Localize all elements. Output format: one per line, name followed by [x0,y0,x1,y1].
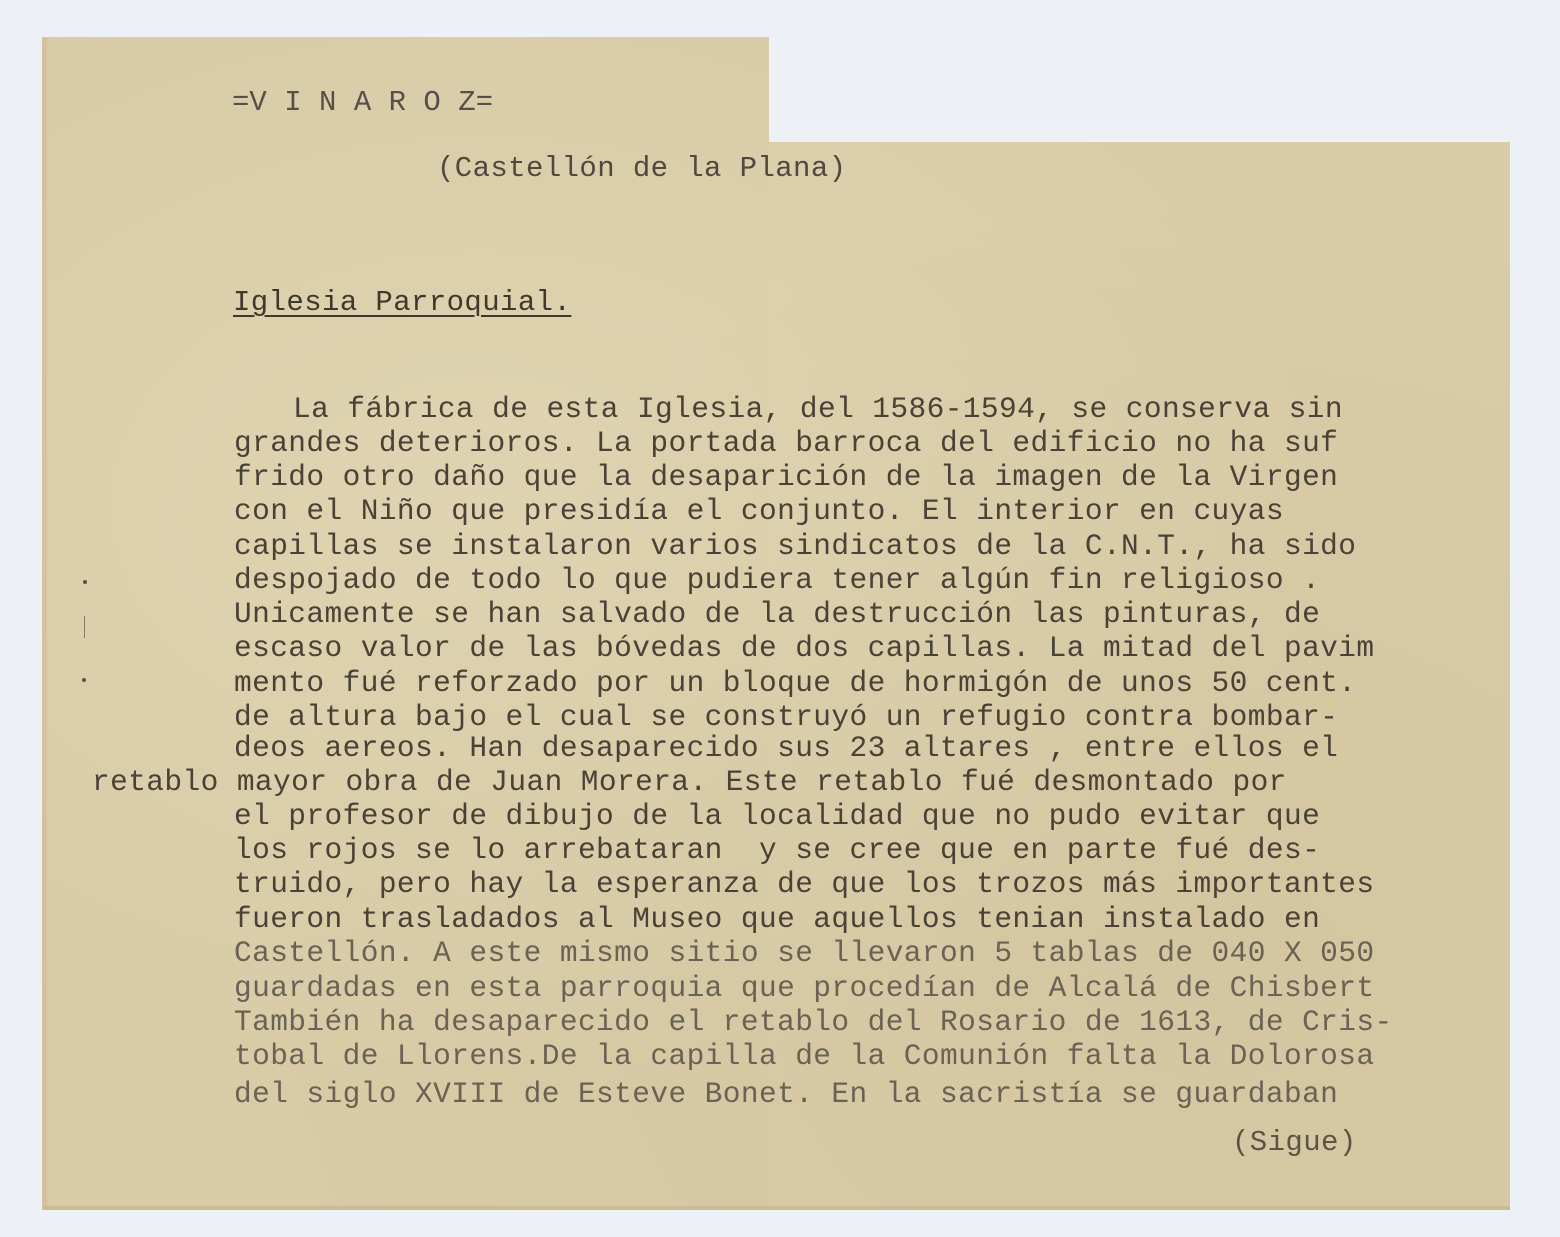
body-line: del siglo XVIII de Esteve Bonet. En la s… [234,1077,1338,1112]
margin-dot-icon [82,678,86,682]
body-line: fueron trasladados al Museo que aquellos… [234,902,1320,937]
body-line: frido otro daño que la desaparición de l… [234,460,1338,495]
body-line: los rojos se lo arrebataran y se cree qu… [234,833,1320,868]
body-line: Unicamente se han salvado de la destrucc… [234,597,1320,632]
body-line: tobal de Llorens.De la capilla de la Com… [234,1039,1374,1074]
margin-tick [84,616,85,638]
body-line: el profesor de dibujo de la localidad qu… [234,799,1320,834]
section-heading: Iglesia Parroquial. [233,286,571,321]
body-line: mento fué reforzado por un bloque de hor… [234,666,1356,701]
margin-dot-icon [83,580,87,584]
body-line: truido, pero hay la esperanza de que los… [234,867,1374,902]
body-line: guardadas en esta parroquia que procedía… [234,971,1374,1006]
document-title: =V I N A R O Z= [232,86,493,121]
body-line: deos aereos. Han desaparecido sus 23 alt… [234,731,1338,766]
scanned-page: =V I N A R O Z= (Castellón de la Plana) … [0,0,1560,1237]
body-line: capillas se instalaron varios sindicatos… [234,529,1356,564]
body-line: con el Niño que presidía el conjunto. El… [234,494,1284,529]
paper-edge-bottom [44,1206,1510,1210]
document-subtitle: (Castellón de la Plana) [437,152,846,187]
body-line: de altura bajo el cual se construyó un r… [234,700,1338,735]
body-line: También ha desaparecido el retablo del R… [234,1005,1393,1040]
body-line: grandes deterioros. La portada barroca d… [234,426,1338,461]
body-line: escaso valor de las bóvedas de dos capil… [234,631,1374,666]
body-line: despojado de todo lo que pudiera tener a… [234,563,1320,598]
paper-edge-left [42,37,47,1210]
body-line: La fábrica de esta Iglesia, del 1586-159… [293,392,1343,427]
body-line: Castellón. A este mismo sitio se llevaro… [234,936,1374,971]
continuation-note: (Sigue) [1232,1126,1357,1161]
body-line: retablo mayor obra de Juan Morera. Este … [92,765,1287,800]
